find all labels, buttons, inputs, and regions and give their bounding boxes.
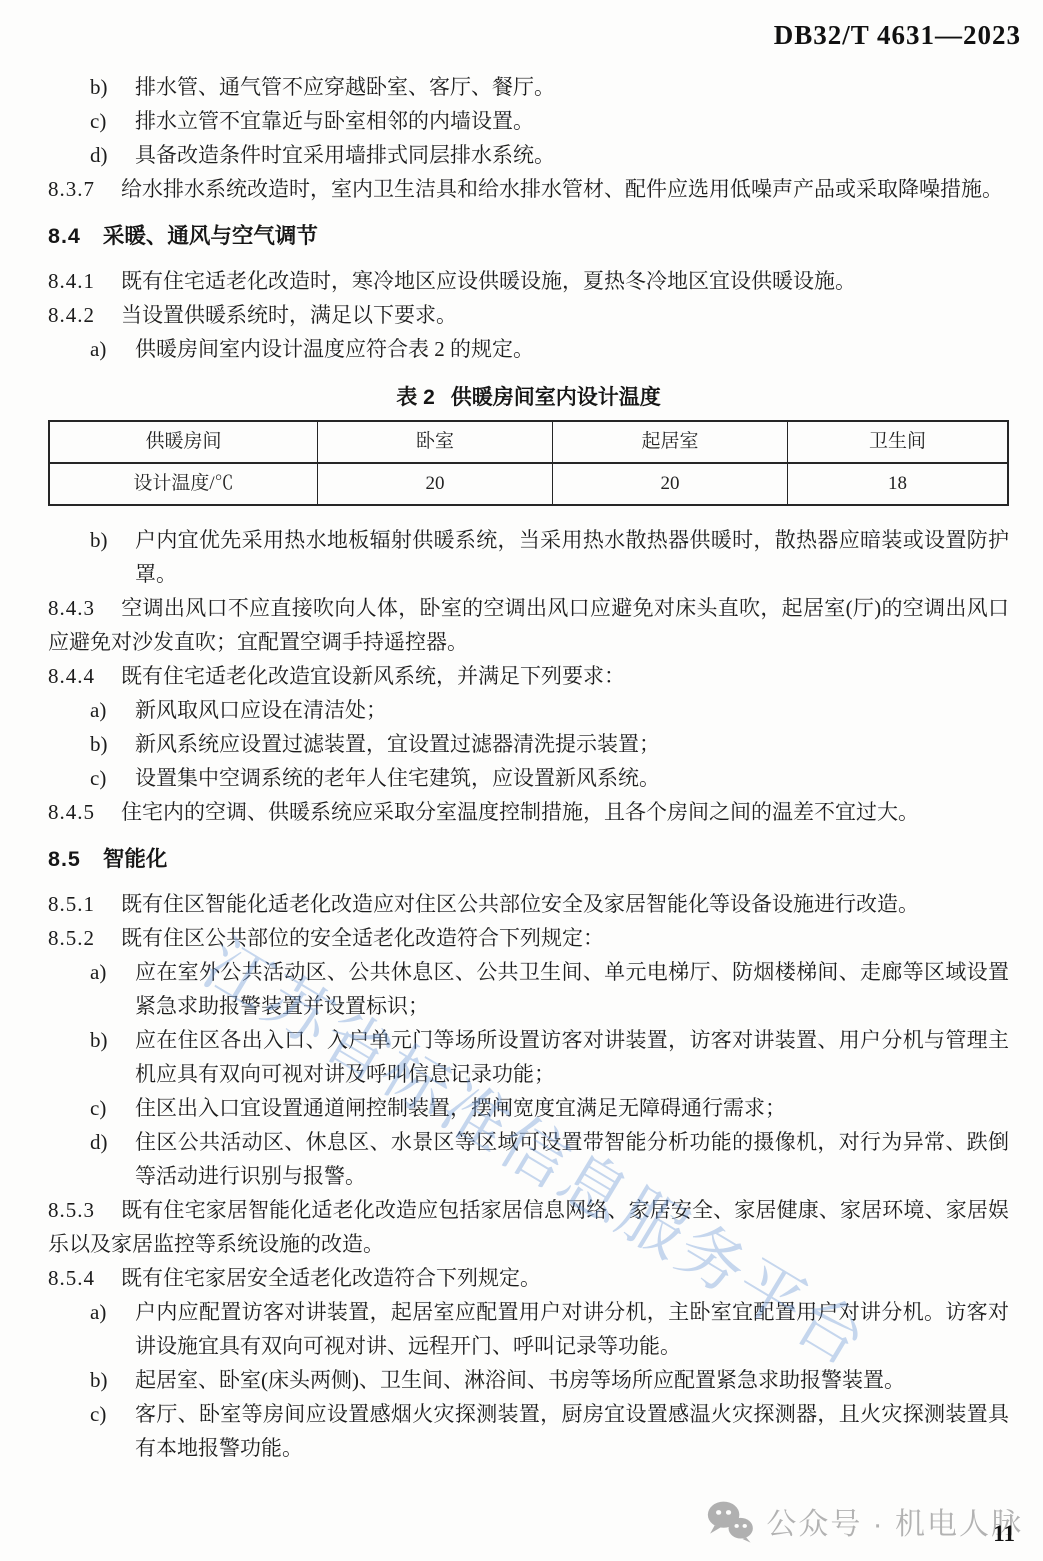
list-item-text: 住区公共活动区、休息区、水景区等区域可设置带智能分析功能的摄像机，对行为异常、跌… [135,1125,1009,1193]
heading-text: 采暖、通风与空气调节 [103,224,318,248]
list-item-label: b) [90,1363,135,1397]
list-item: b)应在住区各出入口、入户单元门等场所设置访客对讲装置，访客对讲装置、用户分机与… [90,1023,1009,1091]
clause-number: 8.4.4 [48,659,95,693]
document-body: b)排水管、通气管不应穿越卧室、客厅、餐厅。c)排水立管不宜靠近与卧室相邻的内墙… [48,70,1009,1465]
clause-8.4.3: 8.4.3空调出风口不应直接吹向人体，卧室的空调出风口应避免对床头直吹，起居室(… [48,591,1009,659]
table-header-cell: 供暖房间 [49,421,318,463]
list-item-label: d) [90,1125,135,1193]
wechat-icon [702,1497,756,1545]
clause-text: 既有住宅适老化改造宜设新风系统，并满足下列要求： [121,664,625,688]
clause-8.3.7: 8.3.7给水排水系统改造时，室内卫生洁具和给水排水管材、配件应选用低噪声产品或… [48,172,1009,206]
section-heading-8.4: 8.4采暖、通风与空气调节 [48,219,1009,253]
wechat-footer: 公众号 · 机电人脉 [702,1497,1023,1545]
list-item-label: c) [90,104,135,138]
list-item: c)排水立管不宜靠近与卧室相邻的内墙设置。 [90,104,1009,138]
list-item-text: 新风系统应设置过滤装置，宜设置过滤器清洗提示装置； [135,727,1009,761]
clause-text: 空调出风口不应直接吹向人体，卧室的空调出风口应避免对床头直吹，起居室(厅)的空调… [48,596,1009,654]
list-item-label: b) [90,70,135,104]
clause-8.4.1: 8.4.1既有住宅适老化改造时，寒冷地区应设供暖设施，夏热冬冷地区宜设供暖设施。 [48,264,1009,298]
table-cell: 设计温度/℃ [49,463,318,505]
list-item: d)具备改造条件时宜采用墙排式同层排水系统。 [90,138,1009,172]
list-item-text: 新风取风口应设在清洁处； [135,693,1009,727]
list-item-text: 排水立管不宜靠近与卧室相邻的内墙设置。 [135,104,1009,138]
list-item: b)排水管、通气管不应穿越卧室、客厅、餐厅。 [90,70,1009,104]
list-item-label: a) [90,1295,135,1363]
list-item: c)客厅、卧室等房间应设置感烟火灾探测装置，厨房宜设置感温火灾探测器，且火灾探测… [90,1397,1009,1465]
clause-8.5.3: 8.5.3既有住宅家居智能化适老化改造应包括家居信息网络、家居安全、家居健康、家… [48,1193,1009,1261]
table-caption-label: 表 2 [396,386,435,409]
list-item-text: 排水管、通气管不应穿越卧室、客厅、餐厅。 [135,70,1009,104]
clause-number: 8.5.4 [48,1261,95,1295]
clause-text: 当设置供暖系统时，满足以下要求。 [121,303,457,327]
list-item-label: b) [90,523,135,591]
clause-number: 8.5.2 [48,921,95,955]
table-row: 设计温度/℃202018 [49,463,1008,505]
clause-8.4.4: 8.4.4既有住宅适老化改造宜设新风系统，并满足下列要求： [48,659,1009,693]
clause-text: 既有住宅家居安全适老化改造符合下列规定。 [121,1266,541,1290]
list-item: a)新风取风口应设在清洁处； [90,693,1009,727]
clause-8.4.5: 8.4.5住宅内的空调、供暖系统应采取分室温度控制措施，且各个房间之间的温差不宜… [48,795,1009,829]
heading-number: 8.5 [48,842,81,876]
clause-number: 8.5.3 [48,1193,95,1227]
list-item: c)设置集中空调系统的老年人住宅建筑，应设置新风系统。 [90,761,1009,795]
list-item: a)供暖房间室内设计温度应符合表 2 的规定。 [90,332,1009,366]
list-item-label: a) [90,955,135,1023]
list-item-label: c) [90,1091,135,1125]
list-item: d)住区公共活动区、休息区、水景区等区域可设置带智能分析功能的摄像机，对行为异常… [90,1125,1009,1193]
list-item-label: b) [90,727,135,761]
table-caption-text: 供暖房间室内设计温度 [451,386,661,409]
clause-8.5.1: 8.5.1既有住区智能化适老化改造应对住区公共部位安全及家居智能化等设备设施进行… [48,887,1009,921]
clause-text: 给水排水系统改造时，室内卫生洁具和给水排水管材、配件应选用低噪声产品或采取降噪措… [121,177,1003,201]
clause-number: 8.4.1 [48,264,95,298]
clause-text: 既有住区公共部位的安全适老化改造符合下列规定： [121,926,604,950]
clause-text: 既有住宅家居智能化适老化改造应包括家居信息网络、家居安全、家居健康、家居环境、家… [48,1198,1009,1256]
list-item: b)户内宜优先采用热水地板辐射供暖系统，当采用热水散热器供暖时，散热器应暗装或设… [90,523,1009,591]
list-item: c)住区出入口宜设置通道闸控制装置，摆闸宽度宜满足无障碍通行需求； [90,1091,1009,1125]
document-page: DB32/T 4631—2023 b)排水管、通气管不应穿越卧室、客厅、餐厅。c… [0,0,1043,1561]
clause-text: 住宅内的空调、供暖系统应采取分室温度控制措施，且各个房间之间的温差不宜过大。 [121,800,919,824]
list-item-label: c) [90,761,135,795]
clause-text: 既有住宅适老化改造时，寒冷地区应设供暖设施，夏热冬冷地区宜设供暖设施。 [121,269,856,293]
list-item-text: 设置集中空调系统的老年人住宅建筑，应设置新风系统。 [135,761,1009,795]
list-item-text: 具备改造条件时宜采用墙排式同层排水系统。 [135,138,1009,172]
list-item-label: d) [90,138,135,172]
table-header-row: 供暖房间卧室起居室卫生间 [49,421,1008,463]
list-item-text: 起居室、卧室(床头两侧)、卫生间、淋浴间、书房等场所应配置紧急求助报警装置。 [135,1363,1009,1397]
clause-8.5.4: 8.5.4既有住宅家居安全适老化改造符合下列规定。 [48,1261,1009,1295]
table-header-cell: 卧室 [318,421,553,463]
clause-8.5.2: 8.5.2既有住区公共部位的安全适老化改造符合下列规定： [48,921,1009,955]
wechat-account-label: 公众号 · 机电人脉 [766,1499,1023,1543]
list-item-label: a) [90,332,135,366]
list-item-text: 应在住区各出入口、入户单元门等场所设置访客对讲装置，访客对讲装置、用户分机与管理… [135,1023,1009,1091]
table-cell: 20 [318,463,553,505]
list-item-text: 户内宜优先采用热水地板辐射供暖系统，当采用热水散热器供暖时，散热器应暗装或设置防… [135,523,1009,591]
list-item-label: a) [90,693,135,727]
clause-number: 8.5.1 [48,887,95,921]
table-cell: 20 [552,463,787,505]
table-caption: 表 2供暖房间室内设计温度 [48,381,1009,415]
heading-number: 8.4 [48,219,81,253]
section-heading-8.5: 8.5智能化 [48,842,1009,876]
table-header-cell: 起居室 [552,421,787,463]
clause-number: 8.4.5 [48,795,95,829]
clause-8.4.2: 8.4.2当设置供暖系统时，满足以下要求。 [48,298,1009,332]
table-header-cell: 卫生间 [787,421,1008,463]
list-item: b)新风系统应设置过滤装置，宜设置过滤器清洗提示装置； [90,727,1009,761]
list-item-text: 客厅、卧室等房间应设置感烟火灾探测装置，厨房宜设置感温火灾探测器，且火灾探测装置… [135,1397,1009,1465]
list-item: b)起居室、卧室(床头两侧)、卫生间、淋浴间、书房等场所应配置紧急求助报警装置。 [90,1363,1009,1397]
design-temperature-table: 供暖房间卧室起居室卫生间设计温度/℃202018 [48,420,1009,506]
clause-number: 8.4.2 [48,298,95,332]
list-item-text: 应在室外公共活动区、公共休息区、公共卫生间、单元电梯厅、防烟楼梯间、走廊等区域设… [135,955,1009,1023]
list-item-text: 住区出入口宜设置通道闸控制装置，摆闸宽度宜满足无障碍通行需求； [135,1091,1009,1125]
doc-number: DB32/T 4631—2023 [774,20,1021,51]
list-item: a)户内应配置访客对讲装置，起居室应配置用户对讲分机，主卧室宜配置用户对讲分机。… [90,1295,1009,1363]
list-item-text: 户内应配置访客对讲装置，起居室应配置用户对讲分机，主卧室宜配置用户对讲分机。访客… [135,1295,1009,1363]
clause-text: 既有住区智能化适老化改造应对住区公共部位安全及家居智能化等设备设施进行改造。 [121,892,919,916]
clause-number: 8.3.7 [48,172,95,206]
list-item-label: b) [90,1023,135,1091]
list-item: a)应在室外公共活动区、公共休息区、公共卫生间、单元电梯厅、防烟楼梯间、走廊等区… [90,955,1009,1023]
list-item-label: c) [90,1397,135,1465]
table-cell: 18 [787,463,1008,505]
page-number: 11 [993,1521,1015,1547]
clause-number: 8.4.3 [48,591,95,625]
heading-text: 智能化 [103,847,168,871]
list-item-text: 供暖房间室内设计温度应符合表 2 的规定。 [135,332,1009,366]
